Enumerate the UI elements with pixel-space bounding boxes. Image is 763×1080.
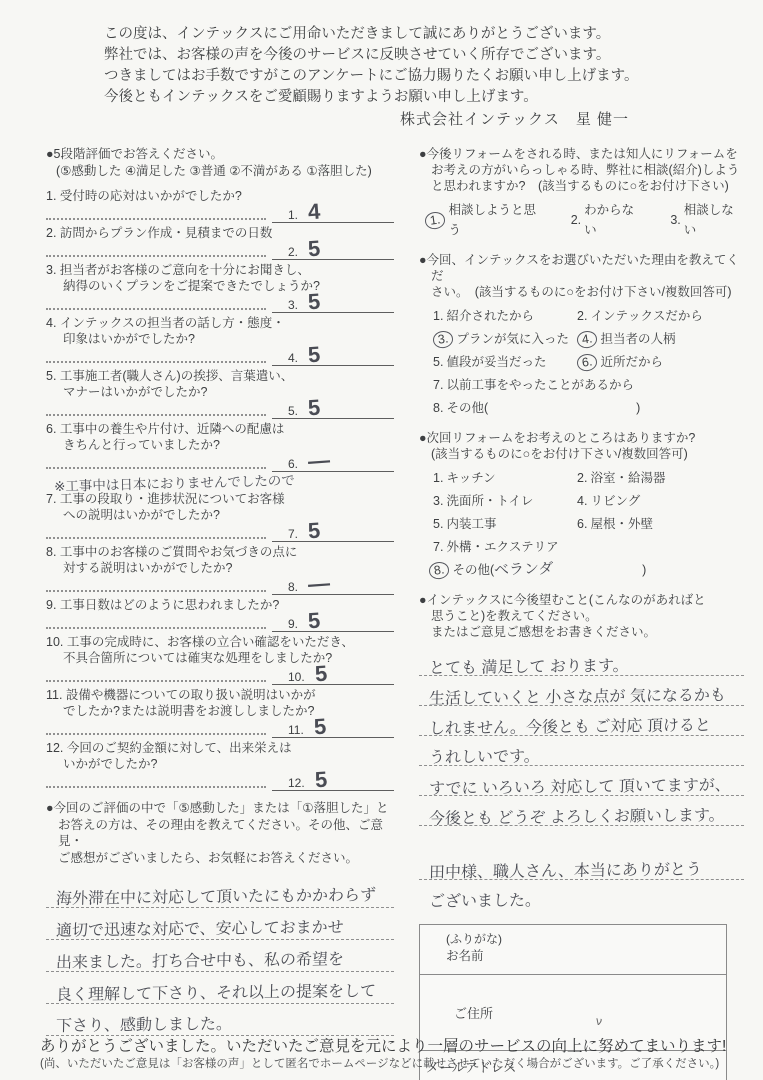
option-item: 1.相談しようと思う bbox=[425, 200, 545, 240]
handwritten-line: 良く理解して下さり、それ以上の提案をして bbox=[46, 972, 394, 1004]
answer-value: — bbox=[307, 573, 330, 594]
answer-slot: 12.5 bbox=[46, 773, 394, 791]
question-item-3: 3. 担当者がお客様のご意向を十分にお聞きし、 納得のいくプランをご提案できたで… bbox=[46, 262, 394, 313]
answer-slot: 7.5 bbox=[46, 524, 394, 542]
option-number: 3. bbox=[432, 329, 455, 349]
option-item: 2.浴室・給湯器 bbox=[577, 468, 744, 488]
option-item: 7.外構・エクステリア bbox=[419, 537, 559, 557]
furigana-label: (ふりがな) bbox=[446, 931, 726, 948]
option-number: 6. bbox=[576, 352, 599, 372]
option-label: 洗面所・トイレ bbox=[446, 491, 533, 511]
section-header: ●今後リフォームをされる時、または知人にリフォームを お考えの方がいらっしゃる時… bbox=[419, 146, 744, 194]
answer-slot: 5.5 bbox=[46, 401, 394, 419]
option-row: 1.相談しようと思う 2.わからない 3.相談しない bbox=[419, 200, 744, 240]
comment-prompt: ●今回のご評価の中で「⑤感動した」または「①落胆した」と お答えの方は、その理由… bbox=[46, 800, 394, 866]
answer-slot: 1.4 bbox=[46, 205, 394, 223]
option-number: 7. bbox=[433, 375, 443, 395]
answer-number: 9. bbox=[288, 617, 298, 631]
handwritten-line: 下さり、感動しました。 bbox=[46, 1004, 394, 1036]
option-label: 紹介されたから bbox=[446, 306, 534, 326]
handwritten-line: しれません。今後とも ご対応 頂けると bbox=[419, 706, 744, 736]
dotted-leader bbox=[46, 352, 266, 363]
option-number: 2. bbox=[577, 468, 587, 488]
option-label: プランが気に入った bbox=[456, 329, 569, 349]
section-header: ●今回、インテックスをお選びいただいた理由を教えてくだ さい。 (該当するものに… bbox=[419, 252, 744, 300]
dotted-leader bbox=[46, 209, 266, 220]
question-item-10: 10. 工事の完成時に、お客様の立合い確認をいただき、 不具合箇所については確実… bbox=[46, 634, 394, 685]
option-number: 3. bbox=[670, 210, 680, 230]
handwritten-line: とても 満足して おります。 bbox=[419, 646, 744, 676]
option-label: 担当者の人柄 bbox=[600, 329, 675, 349]
option-label: その他( bbox=[452, 560, 494, 580]
option-number: 3. bbox=[433, 491, 443, 511]
answer-value: 5 bbox=[307, 521, 321, 542]
option-item: 1.キッチン bbox=[419, 468, 577, 488]
option-item: 6.屋根・外壁 bbox=[577, 514, 744, 534]
section-next-reform: ●次回リフォームをお考えのところはありますか? (該当するものに○をお付け下さい… bbox=[419, 430, 744, 580]
choice-section: ●今後リフォームをされる時、または知人にリフォームを お考えの方がいらっしゃる時… bbox=[419, 146, 744, 1080]
dotted-leader bbox=[46, 405, 266, 416]
section-header: ●次回リフォームをお考えのところはありますか? (該当するものに○をお付け下さい… bbox=[419, 430, 744, 462]
answer-slot: 11.5 bbox=[46, 720, 394, 738]
option-label: 相談しない bbox=[684, 200, 744, 240]
question-item-8: 8. 工事中のお客様のご質問やお気づきの点に 対する説明はいかがでしたか? 8.… bbox=[46, 544, 394, 595]
rating-scale-header: ●5段階評価でお答えください。 (⑤感動した ④満足した ③普通 ②不満がある … bbox=[46, 146, 394, 180]
answer-number: 2. bbox=[288, 245, 298, 259]
section-hopes: ●インテックスに今後望むこと(こんなのがあればと 思うこと)を教えてください。 … bbox=[419, 592, 744, 908]
question-item-5: 5. 工事施工者(職人さん)の挨拶、言葉遣い、 マナーはいかがでしたか? 5.5 bbox=[46, 368, 394, 419]
question-item-9: 9. 工事日数はどのように思われましたか? 9.5 bbox=[46, 597, 394, 632]
answer-value: 5 bbox=[314, 770, 328, 791]
dotted-leader bbox=[46, 724, 266, 735]
answer-number: 10. bbox=[288, 670, 305, 684]
option-item: 6.近所だから bbox=[577, 352, 744, 372]
option-item: 7.以前工事をやったことがあるから bbox=[419, 375, 634, 395]
name-field: (ふりがな) お名前 bbox=[420, 925, 726, 975]
answer-value: 5 bbox=[307, 239, 321, 260]
answer-number: 8. bbox=[288, 580, 298, 594]
option-label: 近所だから bbox=[600, 352, 663, 372]
handwritten-note: ※工事中は日本におりませんでしたので bbox=[54, 472, 394, 489]
answer-value: 4 bbox=[307, 202, 321, 223]
answer-value: 5 bbox=[307, 292, 321, 313]
option-item: 1.紹介されたから bbox=[419, 306, 577, 326]
section-header: ●インテックスに今後望むこと(こんなのがあればと 思うこと)を教えてください。 … bbox=[419, 592, 744, 640]
handwritten-line: 生活していくと 小さな点が 気になるかも bbox=[419, 676, 744, 706]
answer-slot: 6.— bbox=[46, 454, 394, 472]
other-fill: ベランダ bbox=[494, 560, 642, 580]
answer-value: 5 bbox=[307, 611, 321, 632]
option-item: 5.内装工事 bbox=[419, 514, 577, 534]
handwritten-line: ございました。 bbox=[419, 880, 744, 908]
option-number: 1. bbox=[433, 468, 443, 488]
option-label: リビング bbox=[590, 491, 640, 511]
option-item: 5.値段が妥当だった bbox=[419, 352, 577, 372]
option-number: 4. bbox=[577, 491, 587, 511]
option-label: 外構・エクステリア bbox=[446, 537, 558, 557]
option-number: 8. bbox=[433, 398, 443, 418]
answer-number: 12. bbox=[288, 776, 305, 790]
handwritten-line: 今後とも どうぞ よろしくお願いします。 bbox=[419, 796, 744, 826]
dotted-leader bbox=[46, 581, 266, 592]
option-label: 屋根・外壁 bbox=[590, 514, 653, 534]
answer-slot: 10.5 bbox=[46, 667, 394, 685]
option-item: 4.担当者の人柄 bbox=[577, 329, 744, 349]
section-recommend: ●今後リフォームをされる時、または知人にリフォームを お考えの方がいらっしゃる時… bbox=[419, 146, 744, 240]
answer-number: 3. bbox=[288, 298, 298, 312]
question-item-4: 4. インテックスの担当者の話し方・態度・ 印象はいかがでしたか? 4.5 bbox=[46, 315, 394, 366]
answer-value: 5 bbox=[307, 345, 321, 366]
answer-value: 5 bbox=[307, 398, 321, 419]
close-paren: ) bbox=[636, 398, 640, 418]
option-label: その他( bbox=[446, 398, 488, 418]
handwritten-line: 出来ました。打ち合せ中も、私の希望を bbox=[46, 940, 394, 972]
option-number: 5. bbox=[433, 514, 443, 534]
dotted-leader bbox=[46, 458, 266, 469]
answer-number: 7. bbox=[288, 527, 298, 541]
other-fill bbox=[488, 398, 636, 418]
option-number: 6. bbox=[577, 514, 587, 534]
handwritten-line: うれしいです。 bbox=[419, 736, 744, 766]
option-number: 1. bbox=[424, 210, 447, 230]
option-label: インテックスだから bbox=[590, 306, 702, 326]
question-item-7: 7. 工事の段取り・進捗状況についてお客様 への説明はいかがでしたか? 7.5 bbox=[46, 491, 394, 542]
option-number: 4. bbox=[576, 329, 599, 349]
answer-number: 11. bbox=[288, 723, 304, 737]
company-signature: 株式会社インテックス 星 健一 bbox=[400, 108, 629, 129]
option-item: 2.わからない bbox=[571, 200, 645, 240]
section-reason: ●今回、インテックスをお選びいただいた理由を教えてくだ さい。 (該当するものに… bbox=[419, 252, 744, 418]
question-item-2: 2. 訪問からプラン作成・見積までの日数 2.5 bbox=[46, 225, 394, 260]
answer-number: 4. bbox=[288, 351, 298, 365]
dotted-leader bbox=[46, 777, 266, 788]
answer-value: — bbox=[307, 450, 330, 471]
option-number: 1. bbox=[433, 306, 443, 326]
dotted-leader bbox=[46, 528, 266, 539]
footer: ありがとうございました。いただいたご意見を元により一層のサービスの向上に努めてま… bbox=[40, 1036, 758, 1072]
handwritten-line: 海外滞在中に対応して頂いたにもかかわらず bbox=[46, 876, 394, 908]
question-item-12: 12. 今回のご契約金額に対して、出来栄えは いかがでしたか? 12.5 bbox=[46, 740, 394, 791]
option-label: 内装工事 bbox=[446, 514, 496, 534]
handwritten-line: すでに いろいろ 対応して 頂いてますが、 bbox=[419, 766, 744, 796]
option-item: 4.リビング bbox=[577, 491, 744, 511]
dotted-leader bbox=[46, 618, 266, 629]
footer-thanks: ありがとうございました。いただいたご意見を元により一層のサービスの向上に努めてま… bbox=[40, 1036, 758, 1057]
option-number: 2. bbox=[571, 210, 581, 230]
footer-disclaimer: (尚、いただいたご意見は「お客様の声」として匿名でホームページなどに載せさせてい… bbox=[40, 1057, 758, 1072]
close-paren: ) bbox=[642, 560, 646, 580]
rating-section: ●5段階評価でお答えください。 (⑤感動した ④満足した ③普通 ②不満がある … bbox=[46, 146, 394, 1036]
option-label: わからない bbox=[584, 200, 644, 240]
option-item: 3.洗面所・トイレ bbox=[419, 491, 577, 511]
dotted-leader bbox=[46, 299, 266, 310]
handwritten-line: 田中様、職人さん、本当にありがとう bbox=[419, 850, 744, 880]
option-label: キッチン bbox=[446, 468, 495, 488]
option-label: 以前工事をやったことがあるから bbox=[446, 375, 634, 395]
answer-value: 5 bbox=[314, 664, 328, 685]
option-item: 3.相談しない bbox=[670, 200, 744, 240]
answer-number: 1. bbox=[288, 208, 298, 222]
option-number: 2. bbox=[577, 306, 587, 326]
question-item-1: 1. 受付時の応対はいかがでしたか? 1.4 bbox=[46, 188, 394, 223]
option-item: 2.インテックスだから bbox=[577, 306, 744, 326]
dotted-leader bbox=[46, 246, 266, 257]
handwritten-line: 適切で迅速な対応で、安心しておまかせ bbox=[46, 908, 394, 940]
question-item-6: 6. 工事中の養生や片付け、近隣への配慮は きちんと行っていましたか? 6.— … bbox=[46, 421, 394, 489]
dotted-leader bbox=[46, 671, 266, 682]
option-label: 相談しようと思う bbox=[448, 200, 544, 240]
option-number: 5. bbox=[433, 352, 443, 372]
answer-slot: 3.5 bbox=[46, 295, 394, 313]
question-item-11: 11. 設備や機器についての取り扱い説明はいかが でしたか?または説明書をお渡し… bbox=[46, 687, 394, 738]
answer-slot: 8.— bbox=[46, 577, 394, 595]
answer-slot: 4.5 bbox=[46, 348, 394, 366]
option-label: 浴室・給湯器 bbox=[590, 468, 665, 488]
answer-slot: 2.5 bbox=[46, 242, 394, 260]
option-number: 8. bbox=[428, 560, 451, 580]
option-item: 3.プランが気に入った bbox=[419, 329, 577, 349]
option-number: 7. bbox=[433, 537, 443, 557]
option-item-other: 8.その他() bbox=[419, 398, 640, 418]
answer-number: 5. bbox=[288, 404, 298, 418]
option-item-other: 8.その他(ベランダ) bbox=[419, 560, 646, 580]
scanned-survey-page: この度は、インテックスにご用命いただきまして誠にありがとうございます。 弊社では… bbox=[0, 0, 763, 1080]
name-label: お名前 bbox=[446, 948, 726, 965]
option-label: 値段が妥当だった bbox=[446, 352, 546, 372]
answer-value: 5 bbox=[313, 717, 327, 738]
intro-paragraph: この度は、インテックスにご用命いただきまして誠にありがとうございます。 弊社では… bbox=[104, 24, 724, 108]
address-label: ご住所 bbox=[454, 1003, 493, 1022]
answer-slot: 9.5 bbox=[46, 614, 394, 632]
